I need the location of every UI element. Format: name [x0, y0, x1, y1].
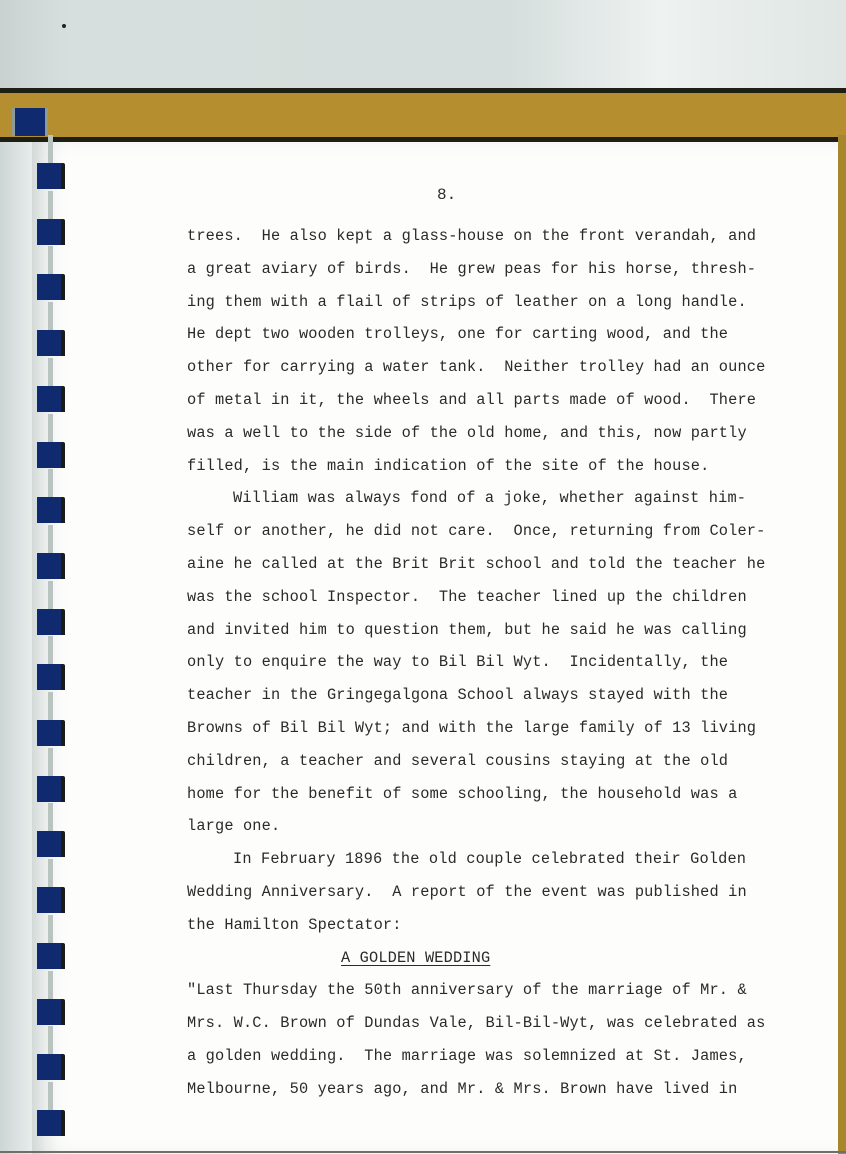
spiral-binding-icon [37, 1054, 65, 1080]
text-line: home for the benefit of some schooling, … [187, 778, 807, 811]
text-line: Melbourne, 50 years ago, and Mr. & Mrs. … [187, 1073, 807, 1106]
section-heading: A GOLDEN WEDDING [187, 942, 807, 975]
scan-speck [62, 24, 66, 28]
binding-wire [48, 135, 53, 165]
text-line: the Hamilton Spectator: [187, 909, 807, 942]
spiral-binding-icon [37, 1110, 65, 1136]
binding-wire [48, 302, 53, 332]
spiral-binding-icon [37, 330, 65, 356]
spiral-binding-icon [37, 609, 65, 635]
text-line: a golden wedding. The marriage was solem… [187, 1040, 807, 1073]
spiral-binding-icon [37, 831, 65, 857]
text-line: trees. He also kept a glass-house on the… [187, 220, 807, 253]
spiral-binding-icon [37, 442, 65, 468]
text-line: filled, is the main indication of the si… [187, 450, 807, 483]
text-line: children, a teacher and several cousins … [187, 745, 807, 778]
text-line: He dept two wooden trolleys, one for car… [187, 318, 807, 351]
binding-wire [48, 748, 53, 778]
binding-wire [48, 859, 53, 889]
text-line: and invited him to question them, but he… [187, 614, 807, 647]
text-line: only to enquire the way to Bil Bil Wyt. … [187, 646, 807, 679]
binding-wire [48, 191, 53, 221]
text-line: "Last Thursday the 50th anniversary of t… [187, 974, 807, 1007]
gold-cover-side [838, 135, 846, 1154]
binding-wire [48, 636, 53, 666]
binding-wire [48, 525, 53, 555]
binding-wire [48, 414, 53, 444]
binding-wire [48, 469, 53, 499]
binding-wire [48, 1026, 53, 1056]
text-line: Wedding Anniversary. A report of the eve… [187, 876, 807, 909]
spiral-binding-icon [37, 776, 65, 802]
page-number: 8. [437, 186, 456, 204]
spiral-binding-icon [37, 720, 65, 746]
text-line: was the school Inspector. The teacher li… [187, 581, 807, 614]
spiral-binding-icon [12, 108, 48, 136]
spiral-binding-icon [37, 664, 65, 690]
binding-wire [48, 803, 53, 833]
document-body: trees. He also kept a glass-house on the… [187, 220, 807, 1106]
text-line: teacher in the Gringegalgona School alwa… [187, 679, 807, 712]
spiral-binding-icon [37, 553, 65, 579]
text-line: Mrs. W.C. Brown of Dundas Vale, Bil-Bil-… [187, 1007, 807, 1040]
paragraph-start: In February 1896 the old couple celebrat… [187, 843, 807, 876]
spiral-binding-icon [37, 497, 65, 523]
spiral-binding-icon [37, 999, 65, 1025]
text-line: aine he called at the Brit Brit school a… [187, 548, 807, 581]
gold-cover-edge [0, 88, 846, 142]
binding-wire [48, 915, 53, 945]
text-line: self or another, he did not care. Once, … [187, 515, 807, 548]
spiral-binding-icon [37, 274, 65, 300]
binding-wire [48, 1082, 53, 1112]
page-bottom-edge [0, 1151, 846, 1153]
binding-wire [48, 971, 53, 1001]
spiral-binding-icon [37, 386, 65, 412]
text-line: Browns of Bil Bil Wyt; and with the larg… [187, 712, 807, 745]
paragraph-start: William was always fond of a joke, wheth… [187, 482, 807, 515]
binding-wire [48, 581, 53, 611]
text-line: of metal in it, the wheels and all parts… [187, 384, 807, 417]
spiral-binding-icon [37, 219, 65, 245]
binding-wire [48, 246, 53, 276]
text-line: ing them with a flail of strips of leath… [187, 286, 807, 319]
spiral-binding-icon [37, 943, 65, 969]
text-line: large one. [187, 810, 807, 843]
binding-wire [48, 692, 53, 722]
text-line: other for carrying a water tank. Neither… [187, 351, 807, 384]
text-line: was a well to the side of the old home, … [187, 417, 807, 450]
spiral-binding-icon [37, 887, 65, 913]
scan-background [0, 0, 846, 92]
spiral-binding-icon [37, 163, 65, 189]
binding-wire [48, 358, 53, 388]
text-line: a great aviary of birds. He grew peas fo… [187, 253, 807, 286]
